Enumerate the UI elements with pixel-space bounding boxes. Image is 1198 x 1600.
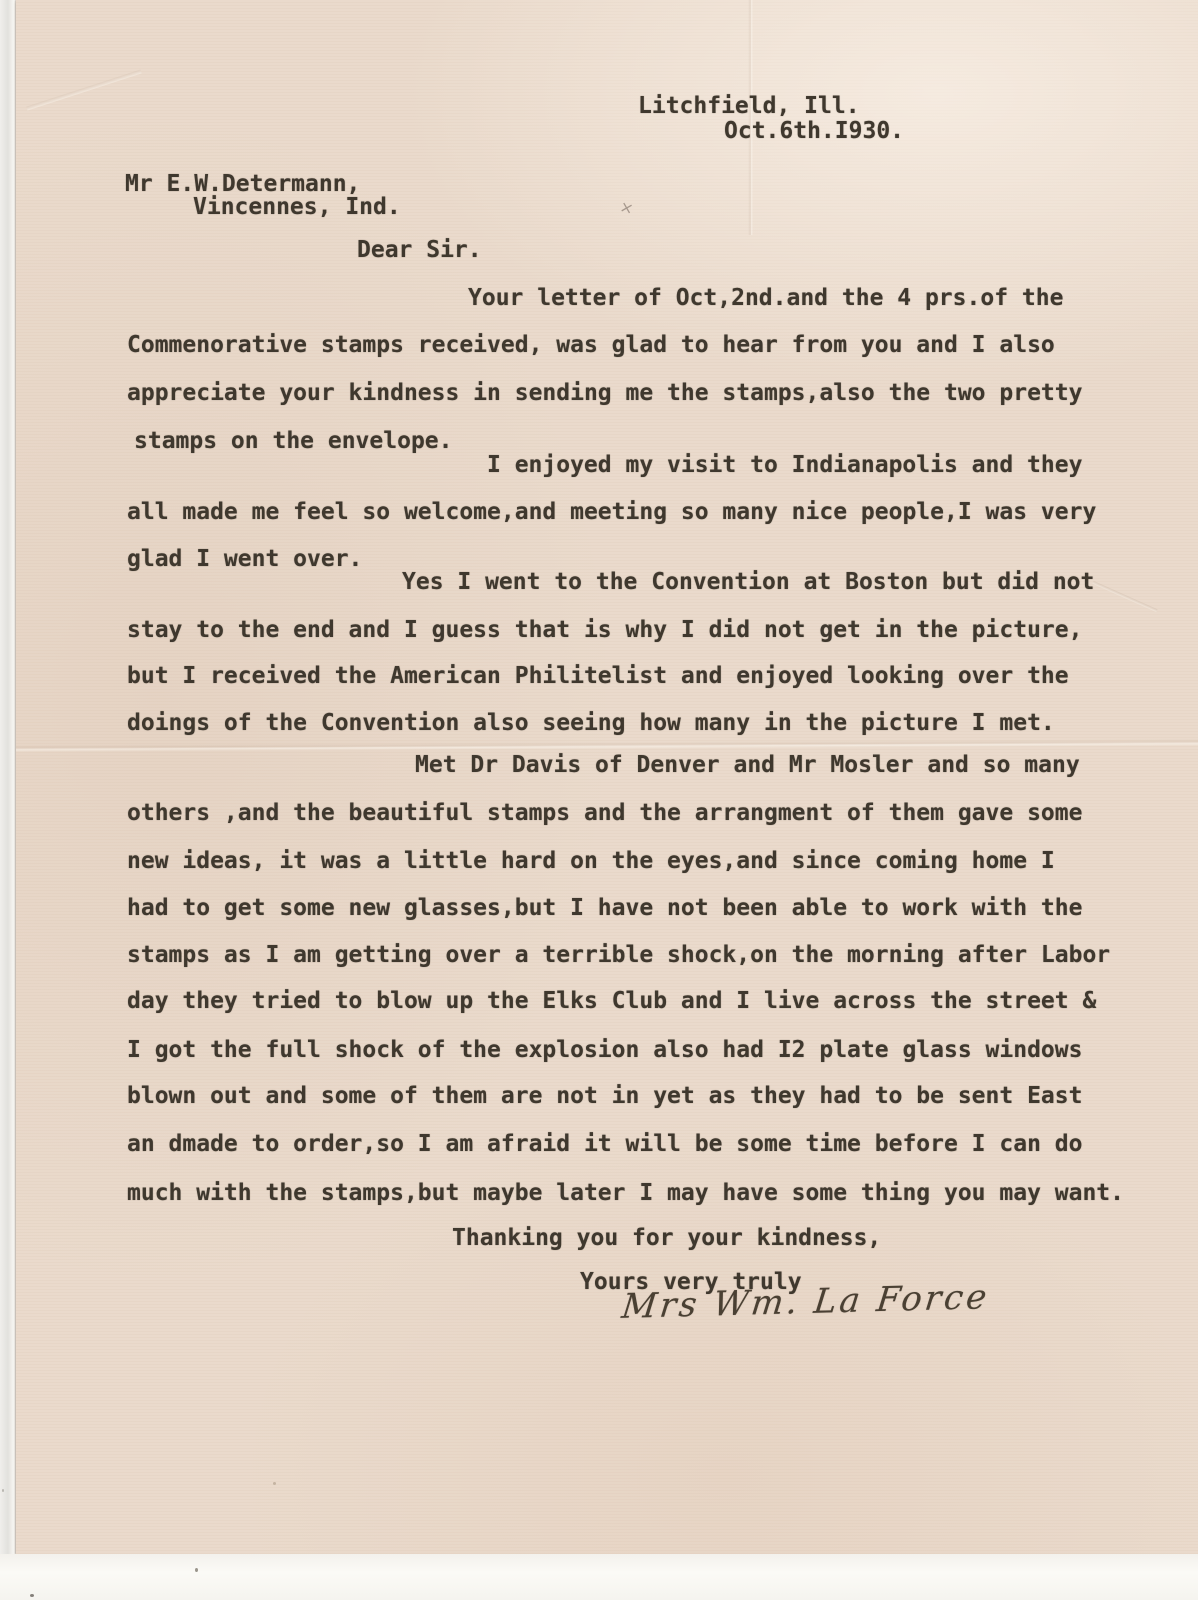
typed-line: had to get some new glasses,but I have n… — [127, 897, 1082, 920]
typed-line: doings of the Convention also seeing how… — [127, 712, 1055, 735]
typed-line: but I received the American Philitelist … — [127, 665, 1069, 688]
typed-line: stamps as I am getting over a terrible s… — [127, 944, 1110, 967]
typed-line: all made me feel so welcome,and meeting … — [127, 501, 1096, 524]
dust-speck — [195, 1568, 198, 1572]
scanner-background — [0, 1554, 1198, 1600]
typed-line: stamps on the envelope. — [134, 430, 453, 453]
dust-speck — [273, 1482, 276, 1485]
typed-line: stay to the end and I guess that is why … — [127, 619, 1082, 642]
dust-speck — [2, 1489, 4, 1492]
typed-line: Dear Sir. — [357, 239, 482, 262]
typed-line: Litchfield, Ill. — [638, 95, 860, 118]
typed-line: an dmade to order,so I am afraid it will… — [127, 1133, 1082, 1156]
typed-line: others ,and the beautiful stamps and the… — [127, 802, 1082, 825]
typed-line: I enjoyed my visit to Indianapolis and t… — [487, 454, 1082, 477]
letter-body: Litchfield, Ill.Oct.6th.I930.Mr E.W.Dete… — [0, 0, 1198, 1554]
typed-line: Vincennes, Ind. — [193, 196, 401, 219]
typed-line: Yes I went to the Convention at Boston b… — [402, 571, 1094, 594]
typed-line: I got the full shock of the explosion al… — [127, 1039, 1082, 1062]
typed-line: Mr E.W.Determann, — [125, 173, 360, 196]
typed-line: blown out and some of them are not in ye… — [127, 1085, 1082, 1108]
typed-line: new ideas, it was a little hard on the e… — [127, 850, 1055, 873]
typed-line: day they tried to blow up the Elks Club … — [127, 990, 1096, 1013]
typed-line: Thanking you for your kindness, — [452, 1227, 881, 1250]
typed-line: much with the stamps,but maybe later I m… — [127, 1182, 1124, 1205]
scanned-letter: Litchfield, Ill.Oct.6th.I930.Mr E.W.Dete… — [0, 0, 1198, 1600]
typed-line: Your letter of Oct,2nd.and the 4 prs.of … — [468, 287, 1063, 310]
typed-line: Commenorative stamps received, was glad … — [127, 334, 1055, 357]
typed-line: Met Dr Davis of Denver and Mr Mosler and… — [415, 754, 1080, 777]
typed-line: glad I went over. — [127, 548, 362, 571]
typed-line: Oct.6th.I930. — [724, 120, 904, 143]
dust-speck — [30, 1594, 34, 1597]
typed-line: appreciate your kindness in sending me t… — [127, 382, 1082, 405]
